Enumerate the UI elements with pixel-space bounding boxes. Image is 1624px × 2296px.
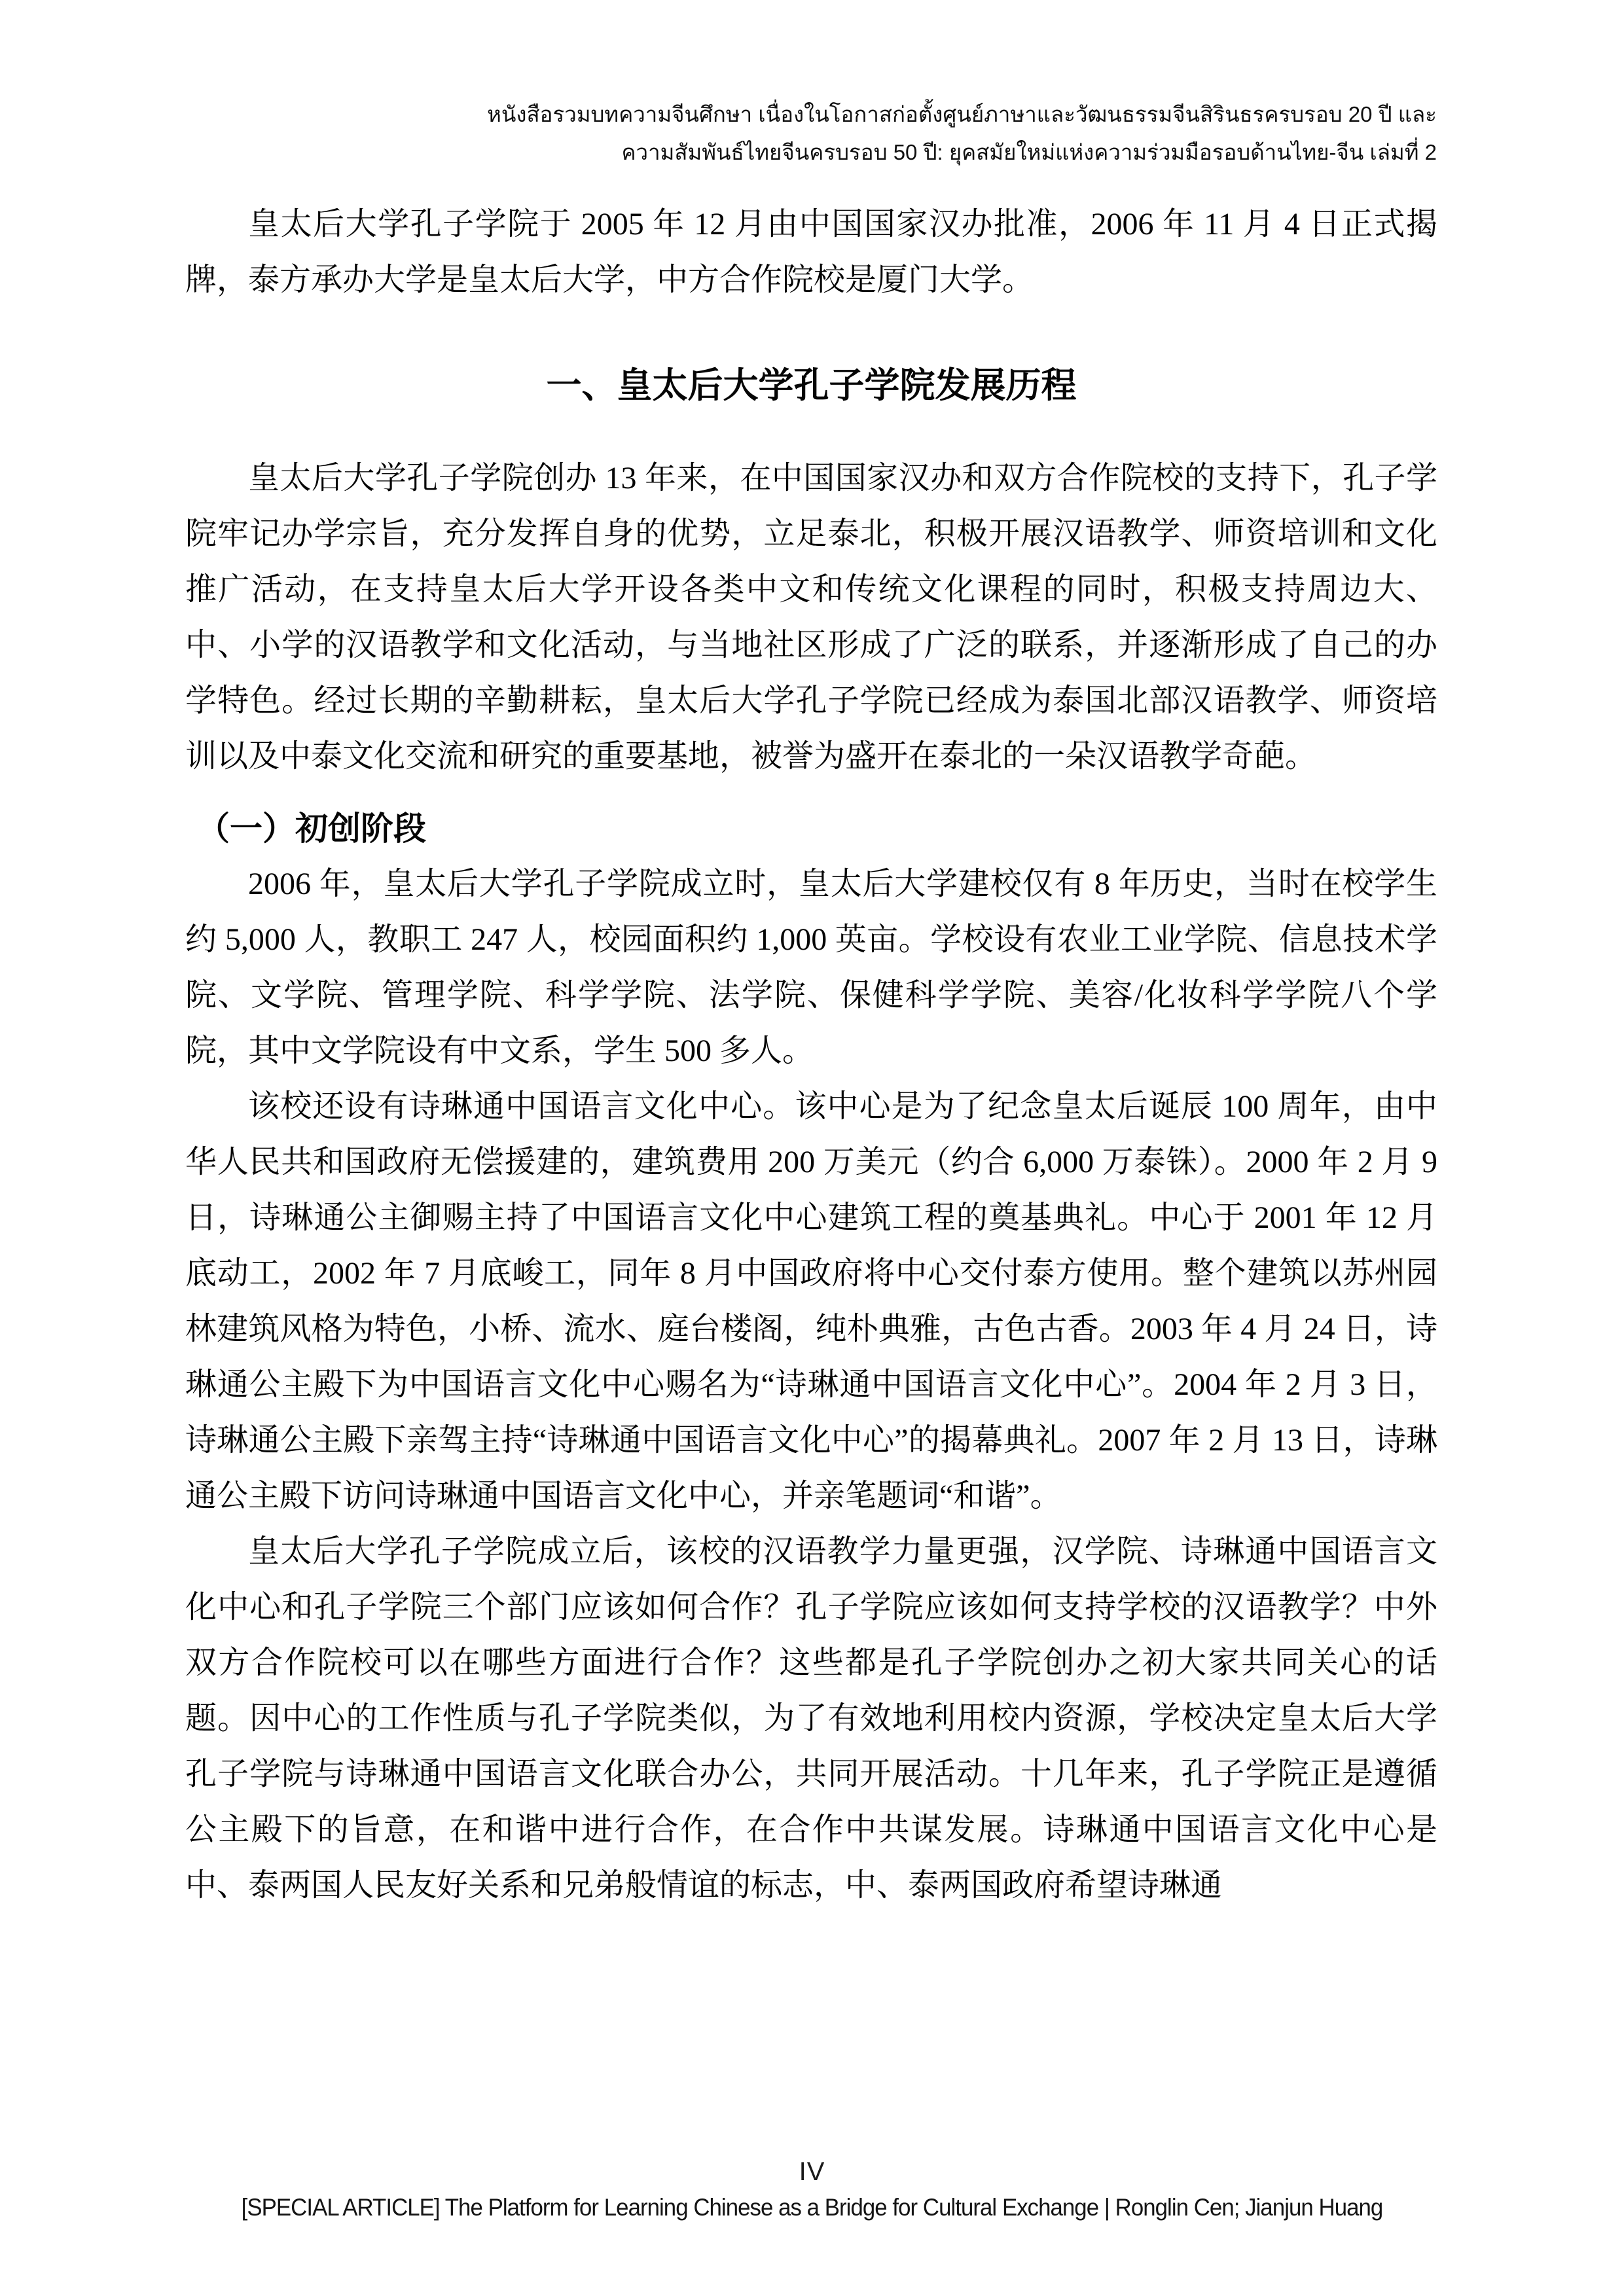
page-header: หนังสือรวมบทความจีนศึกษา เนื่องในโอกาสก่… xyxy=(185,96,1437,171)
header-line-1: หนังสือรวมบทความจีนศึกษา เนื่องในโอกาสก่… xyxy=(185,96,1437,134)
document-body: 皇太后大学孔子学院于 2005 年 12 月由中国国家汉办批准，2006 年 1… xyxy=(185,196,1437,1913)
body-paragraph: 皇太后大学孔子学院成立后，该校的汉语教学力量更强，汉学院、诗琳通中国语言文化中心… xyxy=(185,1524,1437,1913)
body-paragraph: 2006 年，皇太后大学孔子学院成立时，皇太后大学建校仅有 8 年历史，当时在校… xyxy=(185,856,1437,1079)
section-intro-paragraph: 皇太后大学孔子学院创办 13 年来，在中国国家汉办和双方合作院校的支持下，孔子学… xyxy=(185,450,1437,784)
subsection-heading: （一）初创阶段 xyxy=(185,809,1437,848)
intro-paragraph: 皇太后大学孔子学院于 2005 年 12 月由中国国家汉办批准，2006 年 1… xyxy=(185,196,1437,308)
footer-running-title: [SPECIAL ARTICLE] The Platform for Learn… xyxy=(48,2194,1575,2221)
section-heading: 一、皇太后大学孔子学院发展历程 xyxy=(185,364,1437,407)
header-line-2: ความสัมพันธ์ไทยจีนครบรอบ 50 ปี: ยุคสมัยใ… xyxy=(185,134,1437,171)
page-number: IV xyxy=(0,2157,1624,2187)
document-page: หนังสือรวมบทความจีนศึกษา เนื่องในโอกาสก่… xyxy=(0,0,1624,2296)
body-paragraph: 该校还设有诗琳通中国语言文化中心。该中心是为了纪念皇太后诞辰 100 周年，由中… xyxy=(185,1079,1437,1524)
